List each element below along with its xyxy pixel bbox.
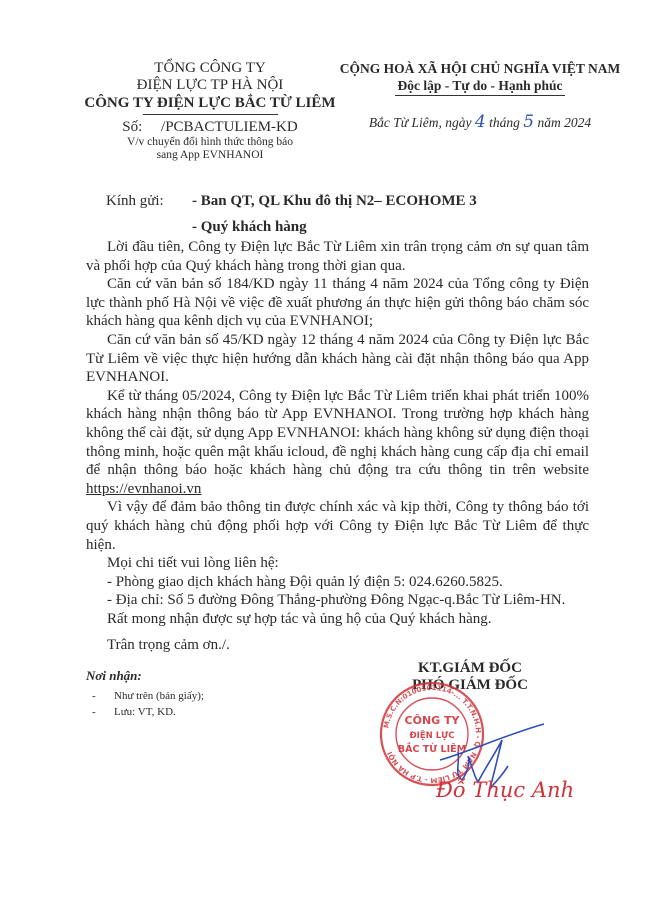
closing-line: Rất mong nhận được sự hợp tác và ủng hộ … xyxy=(86,610,589,629)
contact-intro: Mọi chi tiết vui lòng liên hệ: xyxy=(86,554,589,573)
letter-body: Lời đầu tiên, Công ty Điện lực Bắc Từ Li… xyxy=(86,238,589,655)
website-link[interactable]: https://evnhanoi.vn xyxy=(86,481,201,497)
signer-title-1: KT.GIÁM ĐỐC xyxy=(360,660,580,677)
paragraph-rollout: Kể từ tháng 05/2024, Công ty Điện lực Bắ… xyxy=(86,387,589,499)
receivers: Nơi nhận: Như trên (bản giấy); Lưu: VT, … xyxy=(86,668,326,720)
national-motto: Độc lập - Tự do - Hạnh phúc xyxy=(330,77,630,94)
date-day-handwritten: 4 xyxy=(475,112,486,132)
motto-underline xyxy=(395,95,565,96)
issuer-header: TỔNG CÔNG TY ĐIỆN LỰC TP HÀ NỘI CÔNG TY … xyxy=(70,60,350,162)
thanks-line: Trân trọng cảm ơn./. xyxy=(86,636,589,655)
national-header: CỘNG HOÀ XÃ HỘI CHỦ NGHĨA VIỆT NAM Độc l… xyxy=(330,60,630,96)
receivers-title: Nơi nhận: xyxy=(86,668,326,684)
contact-phone: - Phòng giao dịch khách hàng Đội quản lý… xyxy=(86,573,589,592)
parent-company-line1: TỔNG CÔNG TY xyxy=(70,60,350,77)
date-line: Bắc Từ Liêm, ngày 4 tháng 5 năm 2024 xyxy=(330,112,630,132)
receivers-list: Như trên (bản giấy); Lưu: VT, KD. xyxy=(86,688,326,720)
recipient-2: - Quý khách hàng xyxy=(192,219,307,235)
date-month-handwritten: 5 xyxy=(523,112,534,132)
recipients: Kính gửi:- Ban QT, QL Khu đô thị N2– ECO… xyxy=(106,188,477,240)
national-title: CỘNG HOÀ XÃ HỘI CHỦ NGHĨA VIỆT NAM xyxy=(330,60,630,77)
subject-line2: sang App EVNHANOI xyxy=(70,149,350,162)
subject-line1: V/v chuyển đổi hình thức thông báo xyxy=(70,136,350,149)
signer-name: Đỗ Thục Anh xyxy=(425,778,585,802)
recipients-label: Kính gửi: xyxy=(106,188,192,214)
parent-company-line2: ĐIỆN LỰC TP HÀ NỘI xyxy=(70,77,350,94)
paragraph-reference-1: Căn cứ văn bản số 184/KD ngày 11 tháng 4… xyxy=(86,275,589,331)
receiver-item: Lưu: VT, KD. xyxy=(86,704,326,720)
recipient-1: - Ban QT, QL Khu đô thị N2– ECOHOME 3 xyxy=(192,193,477,209)
paragraph-reference-2: Căn cứ văn bản số 45/KD ngày 12 tháng 4 … xyxy=(86,331,589,387)
paragraph-greeting: Lời đầu tiên, Công ty Điện lực Bắc Từ Li… xyxy=(86,238,589,275)
header-divider xyxy=(143,114,278,115)
contact-address: - Địa chỉ: Số 5 đường Đông Thắng-phường … xyxy=(86,591,589,610)
company-name: CÔNG TY ĐIỆN LỰC BẮC TỪ LIÊM xyxy=(70,94,350,112)
paragraph-request: Vì vậy để đảm bảo thông tin được chính x… xyxy=(86,498,589,554)
receiver-item: Như trên (bản giấy); xyxy=(86,688,326,704)
document-number: Số: /PCBACTULIEM-KD xyxy=(70,119,350,136)
